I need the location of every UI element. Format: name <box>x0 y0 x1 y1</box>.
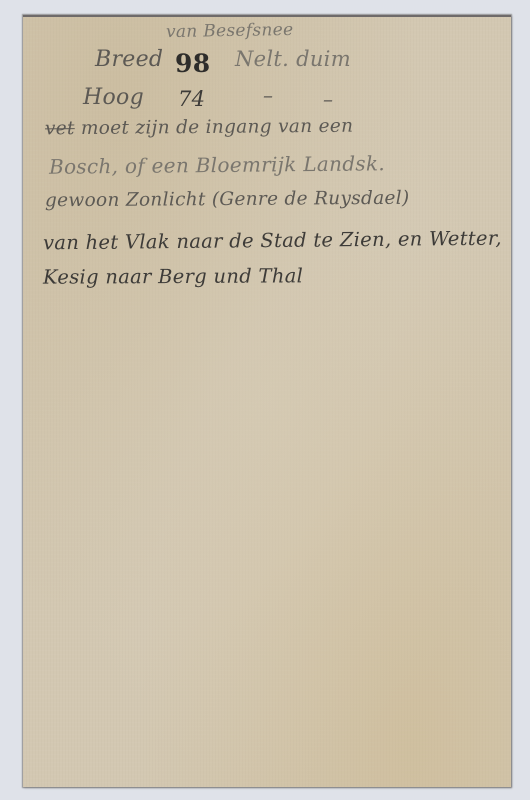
line-text: moet zijn de ingang van een <box>75 116 354 139</box>
text-line-2: Bosch, of een Bloemrijk Landsk. <box>49 151 385 179</box>
hoog-value: 74 <box>178 87 205 111</box>
ditto-dash-1: – <box>263 83 273 107</box>
ditto-dash-2: – <box>323 87 333 111</box>
hoog-label: Hoog <box>83 85 144 110</box>
header-note: van Besefsnee <box>166 20 294 42</box>
breed-label: Breed <box>95 47 163 72</box>
manuscript-paper: van Besefsnee Breed 98 Nelt. duim Hoog 7… <box>23 15 511 787</box>
breed-unit-note: Nelt. duim <box>235 47 351 71</box>
struck-word: vet <box>45 118 75 139</box>
text-line-4: van het Vlak naar de Stad te Zien, en We… <box>43 227 502 255</box>
text-line-5: Kesig naar Berg und Thal <box>43 264 303 288</box>
text-line-1: vet moet zijn de ingang van een <box>45 116 353 140</box>
breed-value: 98 <box>175 49 210 78</box>
text-line-3: gewoon Zonlicht (Genre de Ruysdael) <box>45 188 410 212</box>
